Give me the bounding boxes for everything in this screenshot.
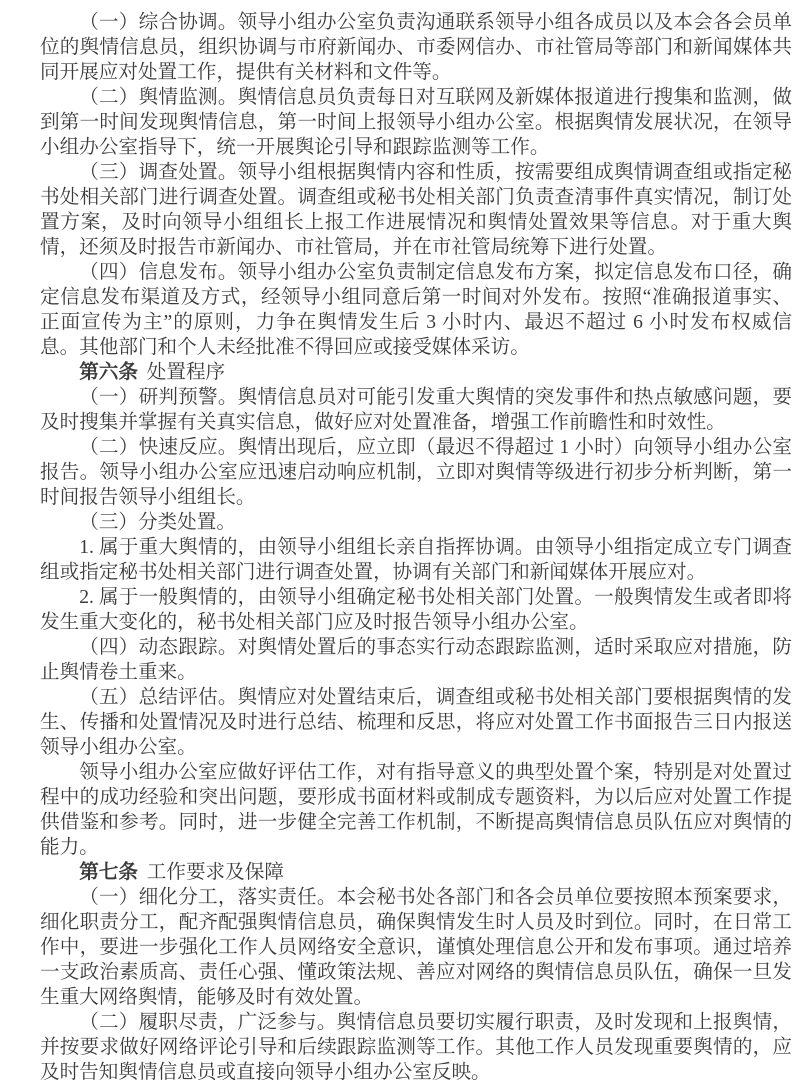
heading-number: 第七条 — [79, 862, 138, 883]
paragraph: （三）调查处置。领导小组根据舆情内容和性质，按需要组成舆情调查组或指定秘书处相关… — [40, 160, 792, 260]
paragraph: （四）信息发布。领导小组办公室负责制定信息发布方案，拟定信息发布口径，确定信息发… — [40, 260, 792, 360]
heading-number: 第六条 — [79, 362, 138, 383]
paragraph: （三）分类处置。 — [40, 510, 792, 535]
heading-title: 工作要求及保障 — [147, 862, 284, 883]
paragraph: 领导小组办公室应做好评估工作，对有指导意义的典型处置个案，特别是对处置过程中的成… — [40, 760, 792, 860]
paragraph: 2. 属于一般舆情的，由领导小组确定秘书处相关部门处置。一般舆情发生或者即将发生… — [40, 585, 792, 635]
section-heading-article-6: 第六条处置程序 — [40, 360, 792, 385]
paragraph: 1. 属于重大舆情的，由领导小组组长亲自指挥协调。由领导小组指定成立专门调查组或… — [40, 535, 792, 585]
paragraph: （二）舆情监测。舆情信息员负责每日对互联网及新媒体报道进行搜集和监测，做到第一时… — [40, 85, 792, 160]
paragraph: （四）动态跟踪。对舆情处置后的事态实行动态跟踪监测，适时采取应对措施，防止舆情卷… — [40, 635, 792, 685]
paragraph: （一）研判预警。舆情信息员对可能引发重大舆情的突发事件和热点敏感问题，要及时搜集… — [40, 385, 792, 435]
heading-title: 处置程序 — [147, 362, 225, 383]
paragraph: （一）综合协调。领导小组办公室负责沟通联系领导小组各成员以及本会各会员单位的舆情… — [40, 10, 792, 85]
paragraph: （一）细化分工，落实责任。本会秘书处各部门和各会员单位要按照本预案要求，细化职责… — [40, 885, 792, 1010]
paragraph: （二）快速反应。舆情出现后，应立即（最迟不得超过 1 小时）向领导小组办公室报告… — [40, 435, 792, 510]
paragraph: （二）履职尽责，广泛参与。舆情信息员要切实履行职责，及时发现和上报舆情，并按要求… — [40, 1010, 792, 1080]
document-page: （一）综合协调。领导小组办公室负责沟通联系领导小组各成员以及本会各会员单位的舆情… — [0, 0, 800, 1080]
section-heading-article-7: 第七条工作要求及保障 — [40, 860, 792, 885]
paragraph: （五）总结评估。舆情应对处置结束后，调查组或秘书处相关部门要根据舆情的发生、传播… — [40, 685, 792, 760]
